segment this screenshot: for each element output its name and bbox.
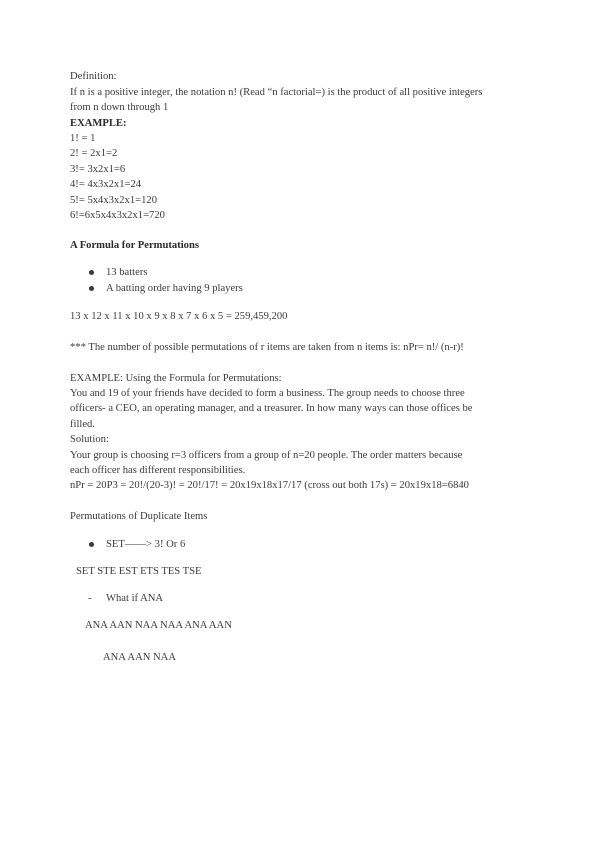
definition-label: Definition: <box>70 70 117 84</box>
solution-line: each officer has different responsibilit… <box>70 464 245 478</box>
definition-text-line-1: If n is a positive integer, the notation… <box>70 86 482 100</box>
bullet-icon <box>89 286 94 291</box>
ana-arrangements: ANA AAN NAA NAA ANA AAN <box>85 619 232 633</box>
example2-heading: EXAMPLE: Using the Formula for Permutati… <box>70 372 282 386</box>
factorial-example-line: 2! = 2x1=2 <box>70 147 117 161</box>
factorial-example-line: 5!= 5x4x3x2x1=120 <box>70 194 157 208</box>
dash-marker: - <box>88 592 92 606</box>
definition-text-line-2: from n down through 1 <box>70 101 168 115</box>
problem-line: filled. <box>70 418 95 432</box>
permutation-formula-note: *** The number of possible permutations … <box>70 341 464 355</box>
factorial-example-line: 6!=6x5x4x3x2x1=720 <box>70 209 165 223</box>
set-bullet-item: SET——> 3! Or 6 <box>106 538 185 552</box>
batting-order-calculation: 13 x 12 x 11 x 10 x 9 x 8 x 7 x 6 x 5 = … <box>70 310 287 324</box>
factorial-example-line: 4!= 4x3x2x1=24 <box>70 178 141 192</box>
formula-section-heading: A Formula for Permutations <box>70 239 199 253</box>
bullet-icon <box>89 270 94 275</box>
bullet-item: A batting order having 9 players <box>106 282 243 296</box>
solution-line: Your group is choosing r=3 officers from… <box>70 449 462 463</box>
example-heading: EXAMPLE: <box>70 117 127 131</box>
factorial-example-line: 1! = 1 <box>70 132 95 146</box>
problem-line: You and 19 of your friends have decided … <box>70 387 465 401</box>
factorial-example-line: 3!= 3x2x1=6 <box>70 163 125 177</box>
bullet-item: 13 batters <box>106 266 147 280</box>
set-arrangements: SET STE EST ETS TES TSE <box>76 565 201 579</box>
solution-line: nPr = 20P3 = 20!/(20-3)! = 20!/17! = 20x… <box>70 479 469 493</box>
ana-question: What if ANA <box>106 592 163 606</box>
ana-unique-arrangements: ANA AAN NAA <box>103 651 176 665</box>
duplicates-heading: Permutations of Duplicate Items <box>70 510 207 524</box>
solution-label: Solution: <box>70 433 109 447</box>
bullet-icon <box>89 542 94 547</box>
problem-line: officers- a CEO, an operating manager, a… <box>70 402 472 416</box>
